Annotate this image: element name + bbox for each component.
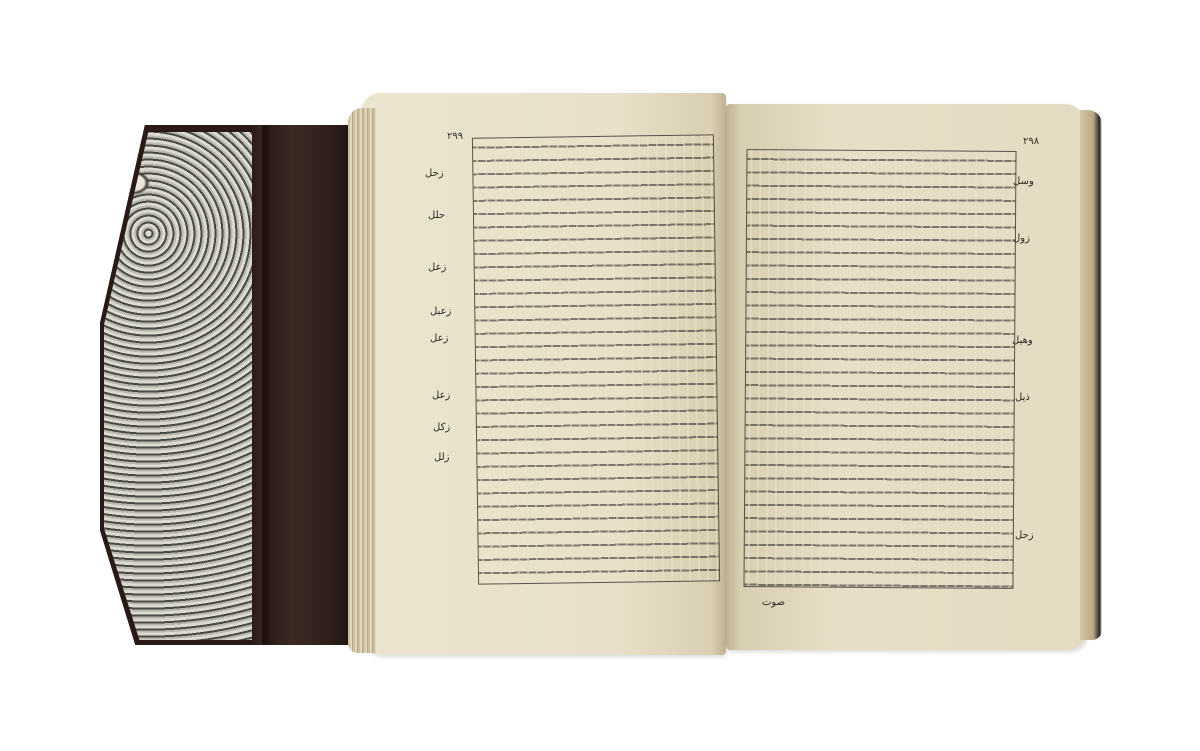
margin-note: وهيل <box>1012 335 1033 346</box>
spine-rib <box>262 125 268 645</box>
margin-note: زعبل <box>430 306 451 317</box>
margin-note: وسل <box>1013 176 1034 187</box>
right-page-number: ٢٩٨ <box>1023 136 1039 147</box>
margin-note: زلل <box>434 452 449 463</box>
margin-note: زول <box>1013 233 1030 244</box>
page-edges <box>348 108 376 653</box>
margin-note: زعل <box>430 333 448 344</box>
catchword: صوت <box>762 597 785 608</box>
margin-note: ذيل <box>1015 392 1030 403</box>
right-page-edges <box>1080 110 1102 640</box>
margin-note: زعل <box>428 262 446 273</box>
left-text-block <box>472 134 720 584</box>
left-page-number: ٢٩٩ <box>447 131 463 142</box>
margin-note: زعل <box>432 390 450 401</box>
margin-note: زحل <box>425 168 444 179</box>
manuscript-photo: ٢٩٩ زحل حلل زعل زعبل زعل زعل زكل زلل ٢٩٨… <box>0 0 1200 751</box>
right-text-block <box>743 149 1016 589</box>
margin-note: زكل <box>433 422 450 433</box>
margin-note: حلل <box>428 210 445 221</box>
margin-note: زحل <box>1015 530 1034 541</box>
